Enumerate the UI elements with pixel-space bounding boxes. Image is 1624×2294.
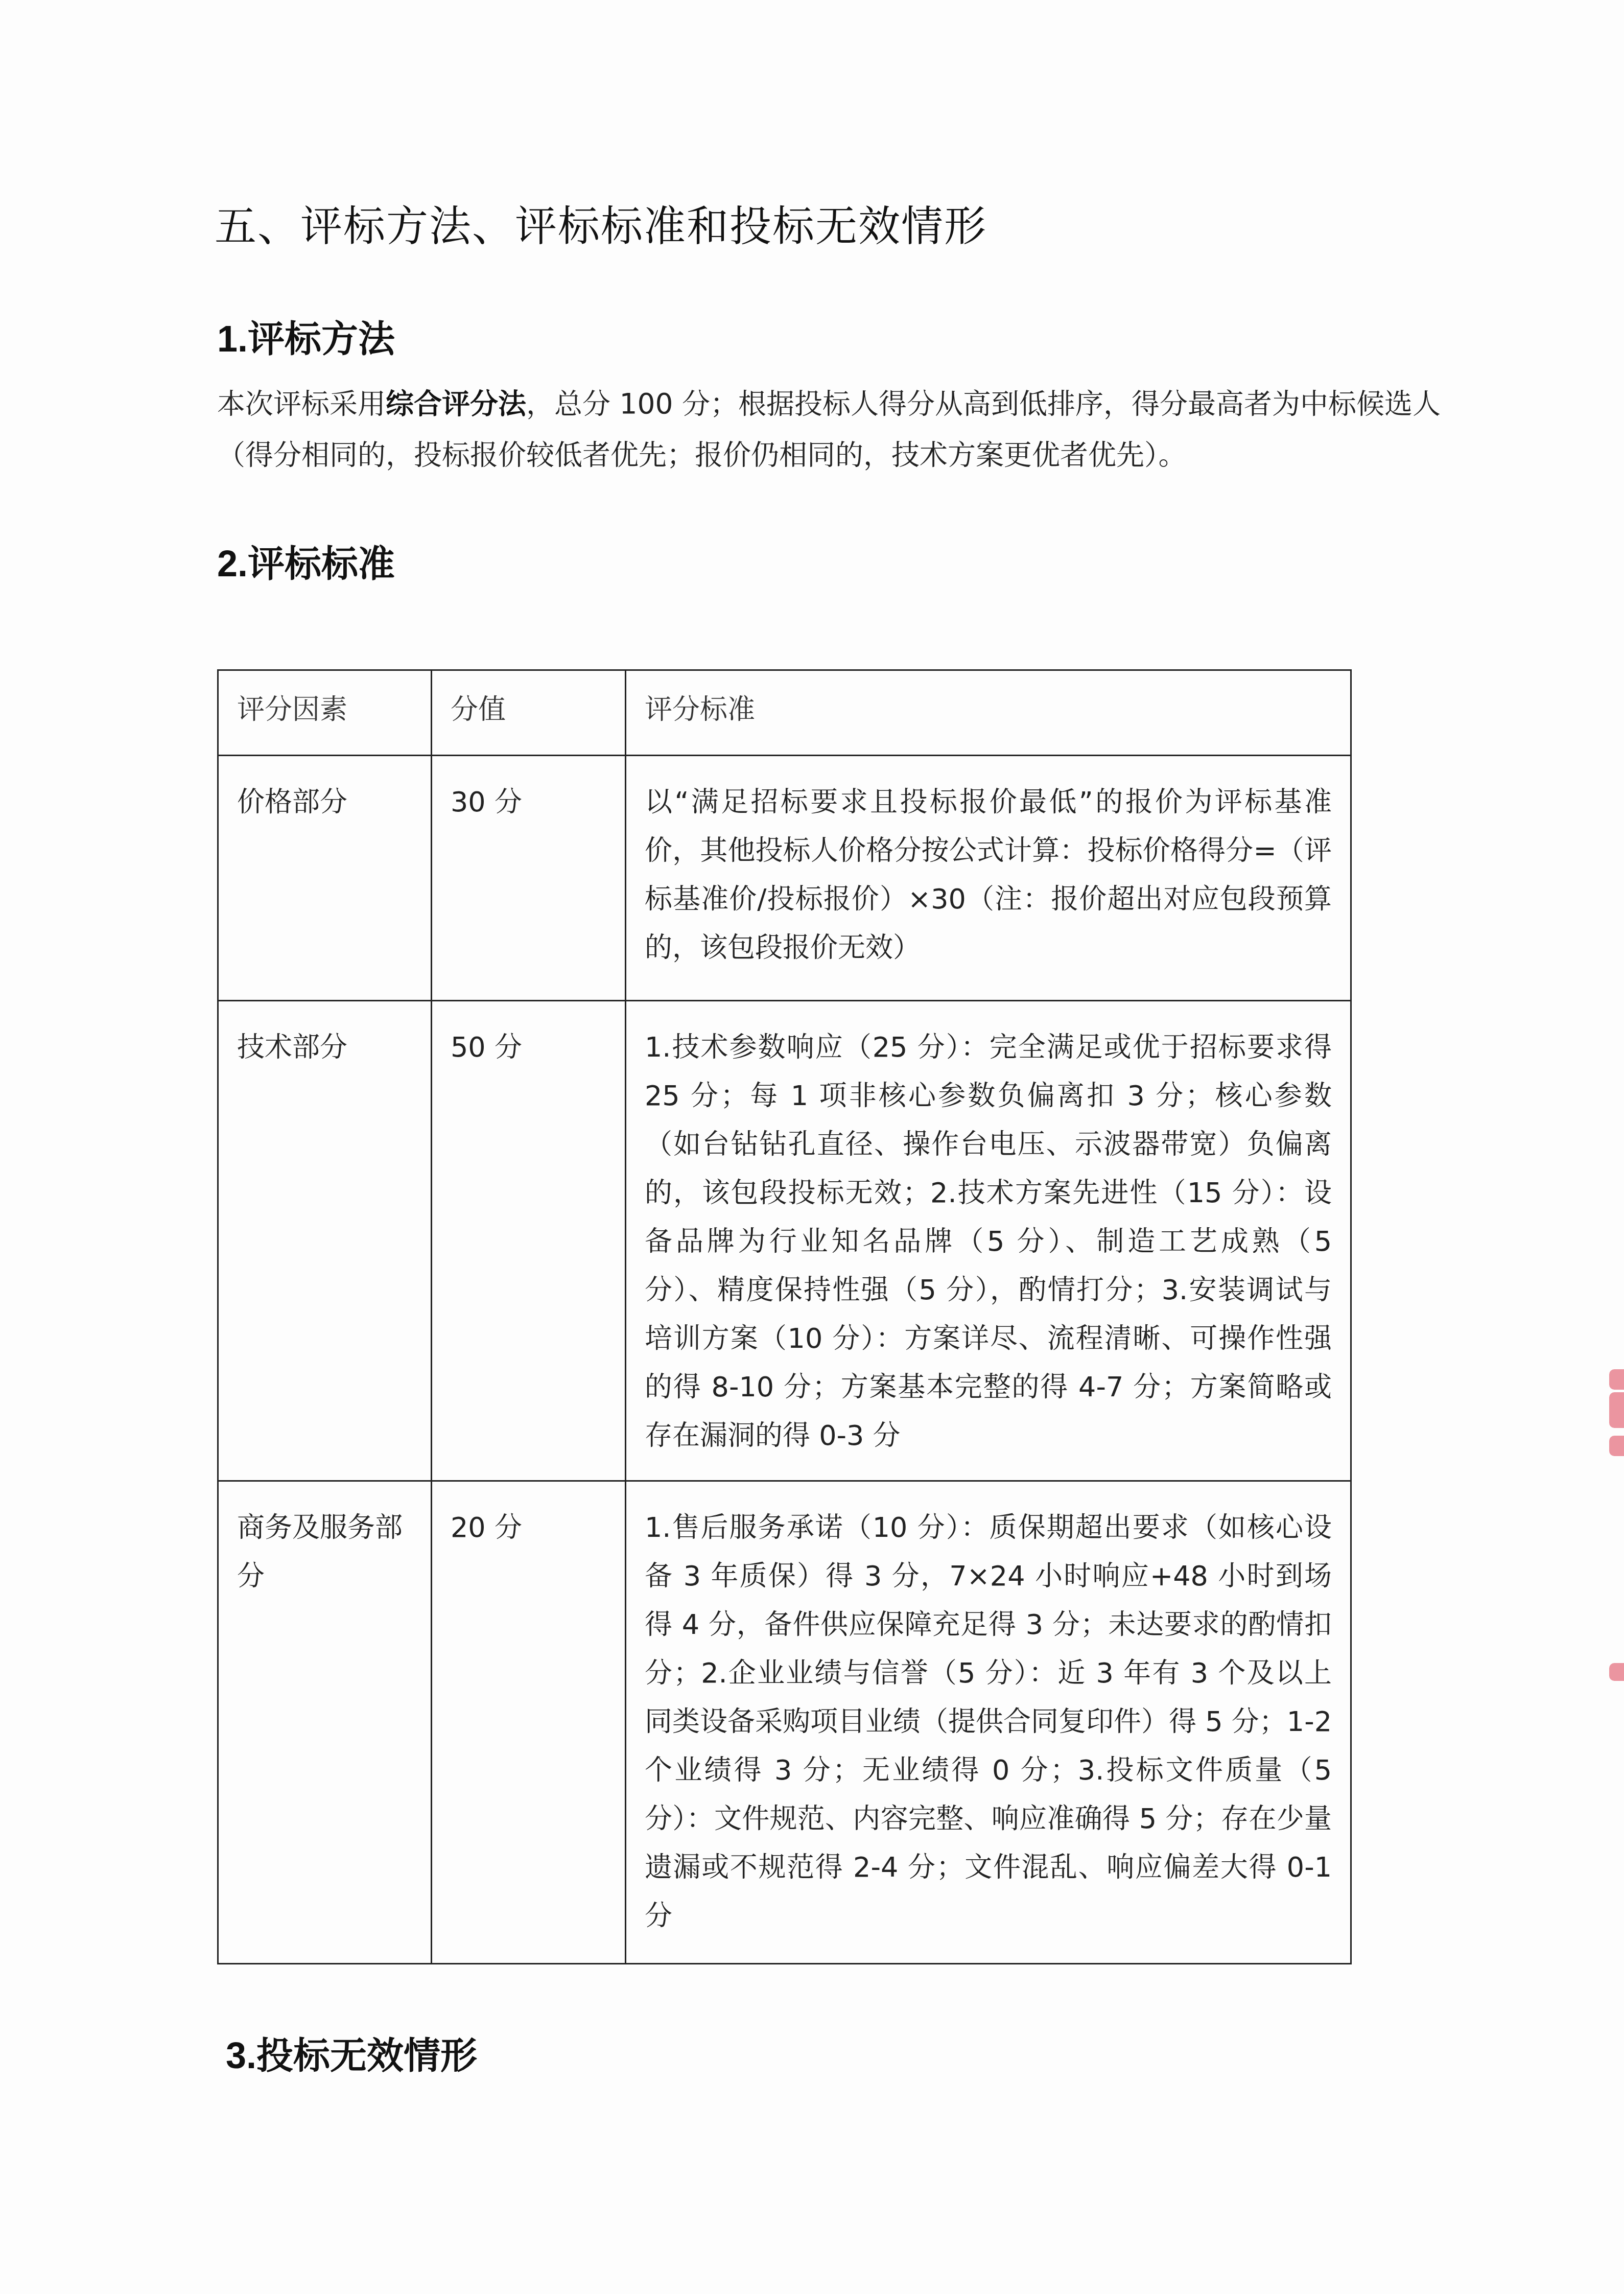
heading-invalid-bid-cases: 3.投标无效情形 <box>226 2026 477 2079</box>
method-paragraph: 本次评标采用综合评分法，总分 100 分；根据投标人得分从高到低排序，得分最高者… <box>217 378 1464 480</box>
section-title: 五、评标方法、评标标准和投标无效情形 <box>215 193 987 253</box>
heading-number: 2. <box>217 544 248 584</box>
method-name-bold: 综合评分法 <box>386 387 526 420</box>
cell-standard: 1.售后服务承诺（10 分）：质保期超出要求（如核心设备 3 年质保）得 3 分… <box>626 1481 1351 1964</box>
table-row: 技术部分 50 分 1.技术参数响应（25 分）：完全满足或优于招标要求得 25… <box>218 1001 1351 1481</box>
criteria-table: 评分因素 分值 评分标准 价格部分 30 分 以“满足招标要求且投标报价最低”的… <box>217 669 1352 1964</box>
cell-factor: 商务及服务部分 <box>218 1481 432 1964</box>
cell-factor: 价格部分 <box>218 756 432 1001</box>
heading-number: 1. <box>217 319 248 360</box>
document-page: 五、评标方法、评标标准和投标无效情形 1.评标方法 本次评标采用综合评分法，总分… <box>0 0 1624 2294</box>
heading-text: 评标标准 <box>248 542 395 585</box>
seal-mark-fragment <box>1609 1392 1624 1428</box>
seal-mark-fragment <box>1609 1436 1624 1456</box>
table-header-row: 评分因素 分值 评分标准 <box>218 670 1351 756</box>
header-factor: 评分因素 <box>218 670 432 756</box>
seal-mark-fragment <box>1609 1369 1624 1390</box>
cell-standard: 以“满足招标要求且投标报价最低”的报价为评标基准价，其他投标人价格分按公式计算：… <box>626 756 1351 1001</box>
cell-score: 30 分 <box>432 756 626 1001</box>
heading-evaluation-method: 1.评标方法 <box>217 309 395 362</box>
heading-text: 评标方法 <box>248 317 395 360</box>
seal-mark-fragment <box>1609 1663 1624 1681</box>
header-standard: 评分标准 <box>626 670 1351 756</box>
cell-score: 50 分 <box>432 1001 626 1481</box>
header-score: 分值 <box>432 670 626 756</box>
heading-evaluation-criteria: 2.评标标准 <box>217 534 395 587</box>
criteria-table-container: 评分因素 分值 评分标准 价格部分 30 分 以“满足招标要求且投标报价最低”的… <box>217 669 1350 1964</box>
cell-score: 20 分 <box>432 1481 626 1964</box>
method-text-pre: 本次评标采用 <box>217 387 386 420</box>
table-row: 价格部分 30 分 以“满足招标要求且投标报价最低”的报价为评标基准价，其他投标… <box>218 756 1351 1001</box>
table-row: 商务及服务部分 20 分 1.售后服务承诺（10 分）：质保期超出要求（如核心设… <box>218 1481 1351 1964</box>
heading-text: 投标无效情形 <box>256 2034 477 2077</box>
cell-factor: 技术部分 <box>218 1001 432 1481</box>
heading-number: 3. <box>226 2035 256 2076</box>
cell-standard: 1.技术参数响应（25 分）：完全满足或优于招标要求得 25 分；每 1 项非核… <box>626 1001 1351 1481</box>
